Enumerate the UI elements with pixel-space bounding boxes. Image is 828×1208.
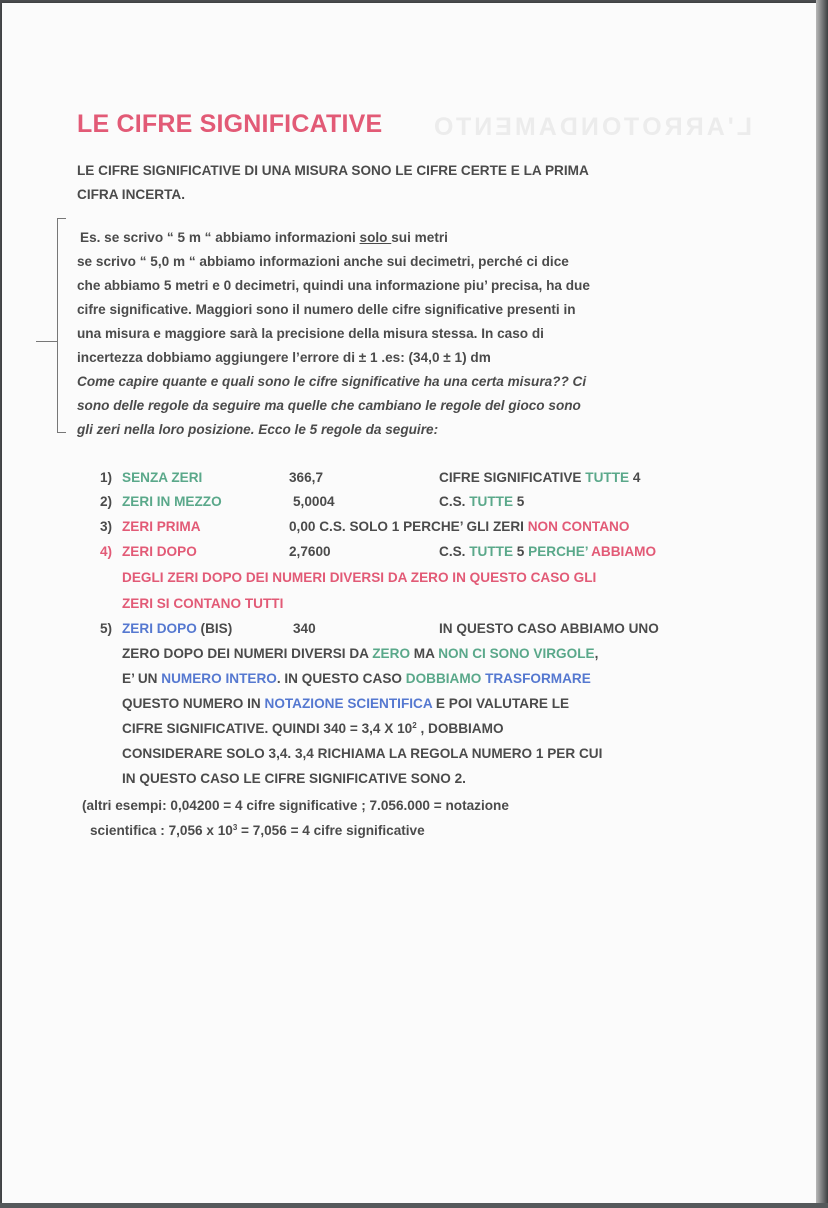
- definition-line-2: CIFRA INCERTA.: [77, 188, 185, 202]
- example-bracket: [57, 218, 68, 433]
- example-line-2: se scrivo “ 5,0 m “ abbiamo informazioni…: [77, 255, 569, 269]
- definition-line-1: LE CIFRE SIGNIFICATIVE DI UNA MISURA SON…: [77, 164, 589, 178]
- rule-1-note: CIFRE SIGNIFICATIVE TUTTE 4: [439, 471, 640, 485]
- bracket-tick: [36, 341, 58, 342]
- rule-2-note: C.S. TUTTE 5: [439, 495, 524, 509]
- scanner-bottom-edge: [0, 1203, 828, 1208]
- rule-1-value: 366,7: [289, 471, 323, 485]
- rule-5-line-7: IN QUESTO CASO LE CIFRE SIGNIFICATIVE SO…: [122, 772, 466, 786]
- rule-4-value: 2,7600: [289, 545, 331, 559]
- rule-2-number: 2): [100, 495, 112, 509]
- document-page: L'ARROTONDAMENTO LE CIFRE SIGNIFICATIVE …: [2, 3, 816, 1203]
- rule-4-cont-1: DEGLI ZERI DOPO DEI NUMERI DIVERSI DA ZE…: [122, 571, 596, 585]
- rule-5-line-3: E’ UN NUMERO INTERO. IN QUESTO CASO DOBB…: [122, 672, 591, 686]
- rule-5-name: ZERI DOPO (BIS): [122, 622, 232, 636]
- rule-5-line-6: CONSIDERARE SOLO 3,4. 3,4 RICHIAMA LA RE…: [122, 747, 602, 761]
- rule-4-name: ZERI DOPO: [122, 545, 197, 559]
- other-examples-line-2: scientifica : 7,056 x 103 = 7,056 = 4 ci…: [90, 824, 425, 838]
- rule-4-note: C.S. TUTTE 5 PERCHE’ ABBIAMO: [439, 545, 656, 559]
- rule-2-value: 5,0004: [293, 495, 335, 509]
- question-line-1: Come capire quante e quali sono le cifre…: [77, 375, 586, 389]
- rule-1-name: SENZA ZERI: [122, 471, 202, 485]
- rule-5-number: 5): [100, 622, 112, 636]
- example-line-4: cifre significative. Maggiori sono il nu…: [77, 303, 576, 317]
- rule-4-cont-2: ZERI SI CONTANO TUTTI: [122, 597, 283, 611]
- rule-5-line-5: CIFRE SIGNIFICATIVE. QUINDI 340 = 3,4 X …: [122, 722, 504, 736]
- rule-3-note: 0,00 C.S. SOLO 1 PERCHE’ GLI ZERI NON CO…: [289, 520, 629, 534]
- rule-3-number: 3): [100, 520, 112, 534]
- other-examples-line-1: (altri esempi: 0,04200 = 4 cifre signifi…: [82, 799, 509, 813]
- scanner-right-edge: [816, 0, 828, 1208]
- rule-5-note: IN QUESTO CASO ABBIAMO UNO: [439, 622, 659, 636]
- rule-1-number: 1): [100, 471, 112, 485]
- page-title: LE CIFRE SIGNIFICATIVE: [77, 110, 382, 139]
- example-line-6: incertezza dobbiamo aggiungere l’errore …: [77, 351, 491, 365]
- rule-2-name: ZERI IN MEZZO: [122, 495, 222, 509]
- rule-5-value: 340: [293, 622, 316, 636]
- rule-4-number: 4): [100, 545, 112, 559]
- example-line-3: che abbiamo 5 metri e 0 decimetri, quind…: [77, 279, 590, 293]
- question-line-3: gli zeri nella loro posizione. Ecco le 5…: [77, 423, 438, 437]
- question-line-2: sono delle regole da seguire ma quelle c…: [77, 399, 581, 413]
- example-line-1: Es. se scrivo “ 5 m “ abbiamo informazio…: [80, 231, 448, 245]
- rule-5-line-2: ZERO DOPO DEI NUMERI DIVERSI DA ZERO MA …: [122, 647, 598, 661]
- rule-5-line-4: QUESTO NUMERO IN NOTAZIONE SCIENTIFICA E…: [122, 697, 569, 711]
- bleed-through-title: L'ARROTONDAMENTO: [431, 113, 752, 142]
- rule-3-name: ZERI PRIMA: [122, 520, 201, 534]
- example-line-5: una misura e maggiore sarà la precisione…: [77, 327, 544, 341]
